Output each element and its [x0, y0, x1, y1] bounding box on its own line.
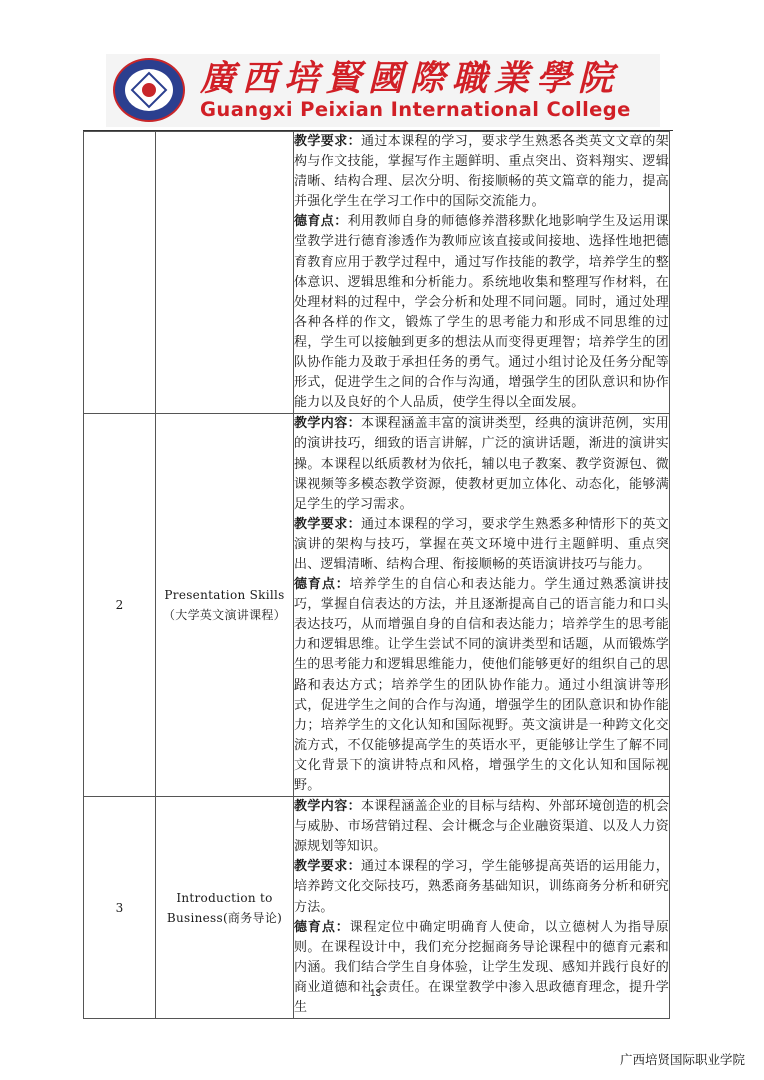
page-number: 13	[370, 988, 381, 999]
moral-education-points: 德育点：利用教师自身的师德修养潜移默化地影响学生及运用课堂教学进行德育渗透作为教…	[294, 212, 669, 413]
course-number-cell: 2	[84, 414, 156, 797]
course-description-cell: 教学内容：本课程涵盖企业的目标与结构、外部环境创造的机会与威胁、市场营销过程、会…	[294, 797, 670, 1019]
teaching-content: 教学内容：本课程涵盖企业的目标与结构、外部环境创造的机会与威胁、市场营销过程、会…	[294, 797, 669, 857]
school-name-en: Guangxi Peixian International College	[200, 98, 631, 122]
course-name-cn: （大学英文演讲课程）	[156, 605, 293, 625]
course-name-en: Introduction to	[156, 888, 293, 908]
teaching-requirements: 教学要求：通过本课程的学习，要求学生熟悉各类英文文章的架构与作文技能，掌握写作主…	[294, 132, 669, 212]
moral-education-points: 德育点：课程定位中确定明确育人使命，以立德树人为指导原则。在课程设计中，我们充分…	[294, 918, 669, 1018]
course-description-cell: 教学要求：通过本课程的学习，要求学生熟悉各类英文文章的架构与作文技能，掌握写作主…	[294, 132, 670, 414]
college-banner: 廣西培賢國際職業學院 Guangxi Peixian International…	[106, 54, 660, 127]
teaching-content: 教学内容：本课程涵盖丰富的演讲类型，经典的演讲范例，实用的演讲技巧，细致的语言讲…	[294, 414, 669, 514]
moral-education-points: 德育点：培养学生的自信心和表达能力。学生通过熟悉演讲技巧，掌握自信表达的方法，并…	[294, 575, 669, 796]
course-description-cell: 教学内容：本课程涵盖丰富的演讲类型，经典的演讲范例，实用的演讲技巧，细致的语言讲…	[294, 414, 670, 797]
course-table: 教学要求：通过本课程的学习，要求学生熟悉各类英文文章的架构与作文技能，掌握写作主…	[83, 131, 670, 1019]
course-number-cell: 3	[84, 797, 156, 1019]
college-emblem-icon	[113, 58, 185, 122]
course-name-cn: Business(商务导论)	[156, 908, 293, 928]
table-row: 2 Presentation Skills （大学英文演讲课程） 教学内容：本课…	[84, 414, 670, 797]
footer-school-name: 广西培贤国际职业学院	[620, 1050, 745, 1068]
course-name-cell: Presentation Skills （大学英文演讲课程）	[156, 414, 294, 797]
course-name-en: Presentation Skills	[156, 585, 293, 605]
table-row: 3 Introduction to Business(商务导论) 教学内容：本课…	[84, 797, 670, 1019]
teaching-requirements: 教学要求：通过本课程的学习，学生能够提高英语的运用能力，培养跨文化交际技巧，熟悉…	[294, 857, 669, 917]
course-number-cell	[84, 132, 156, 414]
teaching-requirements: 教学要求：通过本课程的学习，要求学生熟悉多种情形下的英文演讲的架构与技巧，掌握在…	[294, 515, 669, 575]
course-name-cell: Introduction to Business(商务导论)	[156, 797, 294, 1019]
course-name-cell	[156, 132, 294, 414]
school-name-cn: 廣西培賢國際職業學院	[200, 58, 620, 100]
table-row: 教学要求：通过本课程的学习，要求学生熟悉各类英文文章的架构与作文技能，掌握写作主…	[84, 132, 670, 414]
